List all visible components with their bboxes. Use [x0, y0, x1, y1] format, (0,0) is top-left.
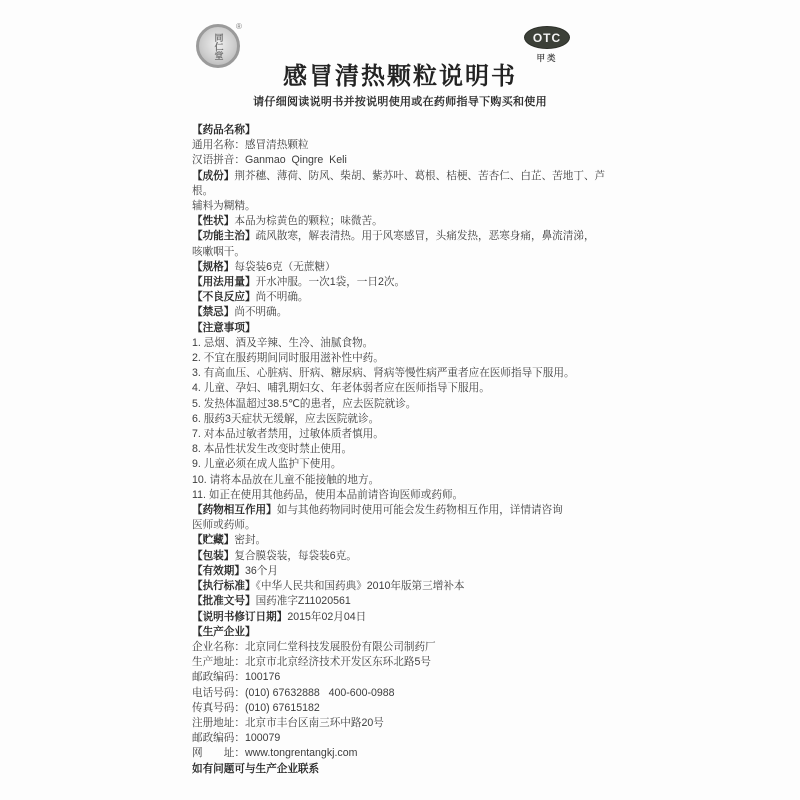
- leaflet-line: 如有问题可与生产企业联系: [192, 762, 618, 777]
- leaflet-line: 2. 不宜在服药期间同时服用滋补性中药。: [192, 351, 618, 366]
- section-label: 【说明书修订日期】: [192, 611, 287, 623]
- line-text: 5. 发热体温超过38.5℃的患者，应去医院就诊。: [192, 398, 416, 410]
- line-text: 2. 不宜在服药期间同时服用滋补性中药。: [192, 352, 384, 364]
- leaflet-line: 【说明书修订日期】2015年02月04日: [192, 610, 618, 625]
- section-label: 【贮藏】: [192, 534, 234, 546]
- leaflet-page: 同仁堂 ® OTC 甲类 感冒清热颗粒说明书 请仔细阅读说明书并按说明使用或在药…: [0, 0, 800, 800]
- section-label: 【执行标准】: [192, 580, 256, 592]
- otc-icon: OTC: [524, 26, 570, 49]
- otc-label: OTC: [533, 31, 561, 45]
- line-text: 注册地址：北京市丰台区南三环中路20号: [192, 717, 384, 729]
- leaflet-line: 注册地址：北京市丰台区南三环中路20号: [192, 716, 618, 731]
- line-text: 8. 本品性状发生改变时禁止使用。: [192, 443, 352, 455]
- line-text: 7. 对本品过敏者禁用，过敏体质者慎用。: [192, 428, 384, 440]
- leaflet-line: 生产地址：北京市北京经济技术开发区东环北路5号: [192, 655, 618, 670]
- section-label: 【有效期】: [192, 565, 245, 577]
- leaflet-line: 【药物相互作用】如与其他药物同时使用可能会发生药物相互作用，详情请咨询: [192, 503, 618, 518]
- leaflet-line: 9. 儿童必须在成人监护下使用。: [192, 457, 618, 472]
- leaflet-line: 汉语拼音：Ganmao Qingre Keli: [192, 153, 618, 168]
- line-text: 咳嗽咽干。: [192, 246, 245, 258]
- line-text: 如有问题可与生产企业联系: [192, 763, 319, 775]
- leaflet-line: 1. 忌烟、酒及辛辣、生冷、油腻食物。: [192, 336, 618, 351]
- leaflet-line: 邮政编码：100176: [192, 670, 618, 685]
- leaflet-line: 传真号码：(010) 67615182: [192, 701, 618, 716]
- leaflet-line: 企业名称：北京同仁堂科技发展股份有限公司制药厂: [192, 640, 618, 655]
- line-text: 2015年02月04日: [287, 611, 366, 623]
- line-text: 汉语拼音：Ganmao Qingre Keli: [192, 154, 347, 166]
- line-text: 邮政编码：100079: [192, 732, 280, 744]
- line-text: 尚不明确。: [256, 291, 309, 303]
- leaflet-line: 【性状】本品为棕黄色的颗粒；味微苦。: [192, 214, 618, 229]
- line-text: 疏风散寒，解表清热。用于风寒感冒，头痛发热，恶寒身痛，鼻流清涕，: [256, 230, 595, 242]
- line-text: 辅料为糊精。: [192, 200, 256, 212]
- section-label: 【功能主治】: [192, 230, 256, 242]
- leaflet-line: 【包装】复合膜袋装，每袋装6克。: [192, 549, 618, 564]
- section-label: 【不良反应】: [192, 291, 256, 303]
- leaflet-body: 【药品名称】通用名称：感冒清热颗粒汉语拼音：Ganmao Qingre Keli…: [192, 123, 618, 777]
- section-label: 【包装】: [192, 550, 234, 562]
- leaflet-line: 【执行标准】《中华人民共和国药典》2010年版第三增补本: [192, 579, 618, 594]
- page-title: 感冒清热颗粒说明书: [185, 56, 615, 91]
- line-text: 开水冲服。一次1袋，一日2次。: [256, 276, 406, 288]
- section-label: 【禁忌】: [192, 306, 234, 318]
- line-text: 9. 儿童必须在成人监护下使用。: [192, 458, 342, 470]
- line-text: 网 址：www.tongrentangkj.com: [192, 747, 357, 759]
- line-text: 密封。: [234, 534, 266, 546]
- section-label: 【药物相互作用】: [192, 504, 277, 516]
- section-label: 【药品名称】: [192, 124, 256, 136]
- leaflet-line: 6. 服药3天症状无缓解，应去医院就诊。: [192, 412, 618, 427]
- leaflet-line: 辅料为糊精。: [192, 199, 618, 214]
- leaflet-line: 【不良反应】尚不明确。: [192, 290, 618, 305]
- line-text: 每袋装6克（无蔗糖）: [234, 261, 335, 273]
- line-text: 国药准字Z11020561: [256, 595, 351, 607]
- section-label: 【注意事项】: [192, 322, 256, 334]
- line-text: 《中华人民共和国药典》2010年版第三增补本: [256, 580, 465, 592]
- leaflet-line: 【禁忌】尚不明确。: [192, 305, 618, 320]
- line-text: 尚不明确。: [234, 306, 287, 318]
- leaflet-line: 电话号码：(010) 67632888 400-600-0988: [192, 686, 618, 701]
- leaflet-line: 【批准文号】国药准字Z11020561: [192, 594, 618, 609]
- leaflet-line: 7. 对本品过敏者禁用，过敏体质者慎用。: [192, 427, 618, 442]
- section-label: 【用法用量】: [192, 276, 256, 288]
- leaflet-line: 咳嗽咽干。: [192, 245, 618, 260]
- leaflet-line: 【用法用量】开水冲服。一次1袋，一日2次。: [192, 275, 618, 290]
- leaflet-line: 5. 发热体温超过38.5℃的患者，应去医院就诊。: [192, 397, 618, 412]
- leaflet-line: 通用名称：感冒清热颗粒: [192, 138, 618, 153]
- leaflet-line: 【生产企业】: [192, 625, 618, 640]
- line-text: 传真号码：(010) 67615182: [192, 702, 320, 714]
- leaflet-line: 4. 儿童、孕妇、哺乳期妇女、年老体弱者应在医师指导下服用。: [192, 381, 618, 396]
- line-text: 邮政编码：100176: [192, 671, 280, 683]
- leaflet-line: 【贮藏】密封。: [192, 533, 618, 548]
- line-text: 4. 儿童、孕妇、哺乳期妇女、年老体弱者应在医师指导下服用。: [192, 382, 490, 394]
- line-text: 3. 有高血压、心脏病、肝病、糖尿病、肾病等慢性病严重者应在医师指导下服用。: [192, 367, 575, 379]
- section-label: 【规格】: [192, 261, 234, 273]
- line-text: 生产地址：北京市北京经济技术开发区东环北路5号: [192, 656, 431, 668]
- line-text: 6. 服药3天症状无缓解，应去医院就诊。: [192, 413, 379, 425]
- leaflet-line: 【药品名称】: [192, 123, 618, 138]
- leaflet-line: 【功能主治】疏风散寒，解表清热。用于风寒感冒，头痛发热，恶寒身痛，鼻流清涕，: [192, 229, 618, 244]
- leaflet-line: 3. 有高血压、心脏病、肝病、糖尿病、肾病等慢性病严重者应在医师指导下服用。: [192, 366, 618, 381]
- leaflet-line: 【注意事项】: [192, 321, 618, 336]
- line-text: 医师或药师。: [192, 519, 256, 531]
- line-text: 电话号码：(010) 67632888 400-600-0988: [192, 687, 395, 699]
- line-text: 本品为棕黄色的颗粒；味微苦。: [234, 215, 382, 227]
- leaflet-line: 网 址：www.tongrentangkj.com: [192, 746, 618, 761]
- line-text: 企业名称：北京同仁堂科技发展股份有限公司制药厂: [192, 641, 436, 653]
- registered-trademark-icon: ®: [236, 22, 242, 31]
- section-label: 【性状】: [192, 215, 234, 227]
- leaflet-line: 10. 请将本品放在儿童不能接触的地方。: [192, 473, 618, 488]
- line-text: 36个月: [245, 565, 278, 577]
- line-text: 如与其他药物同时使用可能会发生药物相互作用，详情请咨询: [277, 504, 563, 516]
- section-label: 【批准文号】: [192, 595, 256, 607]
- line-text: 复合膜袋装，每袋装6克。: [234, 550, 356, 562]
- leaflet-line: 8. 本品性状发生改变时禁止使用。: [192, 442, 618, 457]
- page-subtitle: 请仔细阅读说明书并按说明使用或在药师指导下购买和使用: [185, 93, 615, 109]
- leaflet-line: 11. 如正在使用其他药品，使用本品前请咨询医师或药师。: [192, 488, 618, 503]
- leaflet-line: 【成份】荆芥穗、薄荷、防风、柴胡、紫苏叶、葛根、桔梗、苦杏仁、白芷、苦地丁、芦根…: [192, 169, 618, 199]
- leaflet-line: 【规格】每袋装6克（无蔗糖）: [192, 260, 618, 275]
- section-label: 【生产企业】: [192, 626, 256, 638]
- section-label: 【成份】: [192, 170, 234, 182]
- line-text: 1. 忌烟、酒及辛辣、生冷、油腻食物。: [192, 337, 373, 349]
- line-text: 荆芥穗、薄荷、防风、柴胡、紫苏叶、葛根、桔梗、苦杏仁、白芷、苦地丁、芦根。: [192, 170, 605, 197]
- leaflet-line: 邮政编码：100079: [192, 731, 618, 746]
- line-text: 通用名称：感冒清热颗粒: [192, 139, 309, 151]
- leaflet-line: 【有效期】36个月: [192, 564, 618, 579]
- line-text: 10. 请将本品放在儿童不能接触的地方。: [192, 474, 379, 486]
- leaflet-line: 医师或药师。: [192, 518, 618, 533]
- line-text: 11. 如正在使用其他药品，使用本品前请咨询医师或药师。: [192, 489, 463, 501]
